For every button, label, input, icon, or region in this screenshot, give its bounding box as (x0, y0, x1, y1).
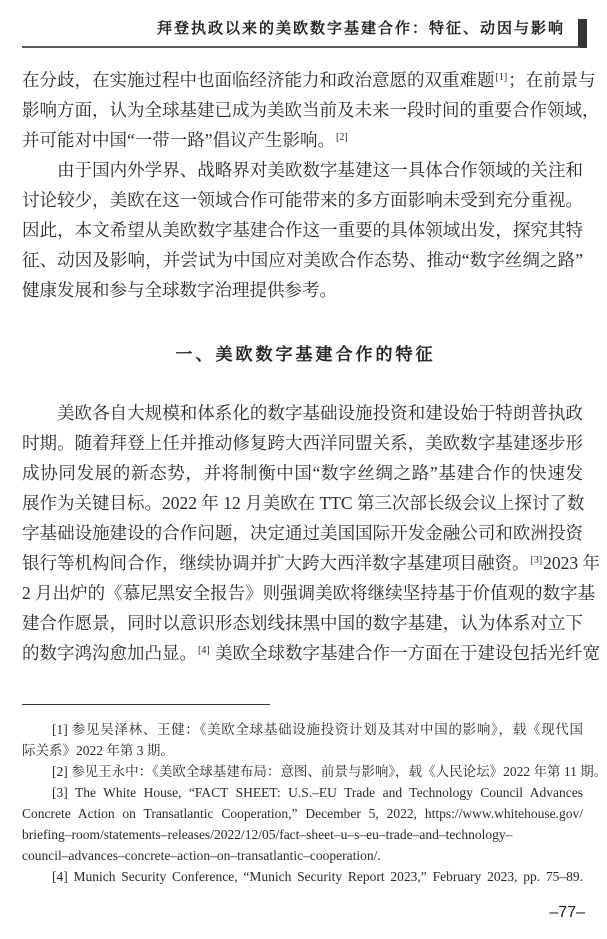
footnote-ref-4[interactable]: [4] (197, 645, 211, 656)
line-text: 2023 年 (543, 553, 600, 573)
body-line: 时期。随着拜登上任并推动修复跨大西洋同盟关系，美欧数字基建逐步形 (22, 428, 583, 458)
footnote-3: [3] The White House, “FACT SHEET: U.S.–E… (22, 782, 583, 803)
footnote-text: 参见吴泽林、王健：《美欧全球基础设施投资计划及其对中国的影响》，载《现代国 (68, 722, 583, 737)
running-header-title: 拜登执政以来的美欧数字基建合作：特征、动因与影响 (90, 15, 565, 41)
section-heading: 一、美欧数字基建合作的特征 (0, 340, 607, 370)
body-line: 建合作愿景，同时以意识形态划线抹黑中国的数字基建，认为体系对立下 (22, 608, 583, 638)
line-text: 美欧各自大规模和体系化的数字基础设施投资和建设始于特朗普执政 (57, 403, 583, 423)
line-text: ；在前景与 (508, 70, 596, 90)
body-line: 因此，本文希望从美欧数字基建合作这一重要的具体领域出发，探究其特 (22, 215, 583, 245)
line-text: 美欧全球数字基建合作一方面在于建设包括光纤宽 (211, 643, 600, 663)
line-text: 字基础设施建设的合作问题，决定通过美国国际开发金融公司和欧洲投资 (22, 523, 583, 543)
body-line: 由于国内外学界、战略界对美欧数字基建这一具体合作领域的关注和 (22, 155, 583, 185)
footnote-rule (22, 704, 270, 705)
line-text: 展作为关键目标。2022 年 12 月美欧在 TTC 第三次部长级会议上探讨了数 (22, 493, 584, 513)
footnote-ref-2[interactable]: [2] (335, 132, 349, 143)
line-text: 讨论较少，美欧在这一领域合作可能带来的多方面影响未受到充分重视。 (22, 190, 583, 210)
line-text: 并可能对中国“一带一路”倡议产生影响。 (22, 130, 335, 150)
footnote-2: [2] 参见王永中：《美欧全球基建布局：意图、前景与影响》，载《人民论坛》202… (22, 761, 583, 782)
line-text: 时期。随着拜登上任并推动修复跨大西洋同盟关系，美欧数字基建逐步形 (22, 433, 583, 453)
body-line: 成协同发展的新态势，并将制衡中国“数字丝绸之路”基建合作的快速发 (22, 458, 583, 488)
footnote-link-text[interactable]: briefing–room/statements–releases/2022/1… (22, 827, 512, 842)
footnote-3-url[interactable]: briefing–room/statements–releases/2022/1… (22, 824, 583, 845)
footnote-text: The White House, “FACT SHEET: U.S.–EU Tr… (68, 785, 583, 800)
page-number: –77– (549, 901, 585, 925)
line-text: 因此，本文希望从美欧数字基建合作这一重要的具体领域出发，探究其特 (22, 220, 583, 240)
footnote-marker: [4] (52, 869, 68, 884)
body-line: 展作为关键目标。2022 年 12 月美欧在 TTC 第三次部长级会议上探讨了数 (22, 488, 583, 518)
line-text: 的数字鸿沟愈加凸显。 (22, 643, 197, 663)
line-text: 2 月出炉的《慕尼黑安全报告》则强调美欧将继续坚持基于价值观的数字基 (22, 583, 595, 603)
footnote-text: Concrete Action on Transatlantic Coopera… (22, 806, 583, 821)
footnote-1-continued: 际关系》2022 年第 3 期。 (22, 740, 583, 761)
footnote-link-text[interactable]: council–advances–concrete–action–on–tran… (22, 848, 381, 863)
line-text: 影响方面，认为全球基建已成为美欧当前及未来一段时间的重要合作领域， (22, 100, 600, 120)
body-line: 讨论较少，美欧在这一领域合作可能带来的多方面影响未受到充分重视。 (22, 185, 583, 215)
body-line: 影响方面，认为全球基建已成为美欧当前及未来一段时间的重要合作领域， (22, 95, 583, 125)
line-text: 在分歧，在实施过程中也面临经济能力和政治意愿的双重难题 (22, 70, 495, 90)
body-line: 征、动因及影响，并尝试为中国应对美欧合作态势、推动“数字丝绸之路” (22, 245, 583, 275)
footnote-marker: [1] (52, 722, 68, 737)
body-line: 健康发展和参与全球数字治理提供参考。 (22, 275, 583, 305)
document-page: 拜登执政以来的美欧数字基建合作：特征、动因与影响 在分歧，在实施过程中也面临经济… (0, 0, 607, 939)
footnote-4: [4] Munich Security Conference, “Munich … (22, 866, 583, 887)
line-text: 健康发展和参与全球数字治理提供参考。 (22, 280, 337, 300)
line-text: 成协同发展的新态势，并将制衡中国“数字丝绸之路”基建合作的快速发 (22, 463, 583, 483)
footnote-ref-1[interactable]: [1] (495, 72, 509, 83)
header-accent-bar (578, 19, 587, 48)
line-text: 由于国内外学界、战略界对美欧数字基建这一具体合作领域的关注和 (57, 160, 583, 180)
line-text: 征、动因及影响，并尝试为中国应对美欧合作态势、推动“数字丝绸之路” (22, 250, 583, 270)
footnote-3-continued: Concrete Action on Transatlantic Coopera… (22, 803, 583, 824)
footnote-text: 际关系》2022 年第 3 期。 (22, 743, 174, 758)
footnote-ref-3[interactable]: [3] (530, 555, 544, 566)
body-line: 并可能对中国“一带一路”倡议产生影响。[2] (22, 125, 583, 155)
line-text: 建合作愿景，同时以意识形态划线抹黑中国的数字基建，认为体系对立下 (22, 613, 583, 633)
footnote-1: [1] 参见吴泽林、王健：《美欧全球基础设施投资计划及其对中国的影响》，载《现代… (22, 719, 583, 740)
body-line: 在分歧，在实施过程中也面临经济能力和政治意愿的双重难题[1]；在前景与 (22, 65, 583, 95)
header-rule (22, 46, 580, 48)
line-text: 银行等机构间合作，继续协调并扩大跨大西洋数字基建项目融资。 (22, 553, 530, 573)
body-line: 的数字鸿沟愈加凸显。[4] 美欧全球数字基建合作一方面在于建设包括光纤宽 (22, 638, 583, 668)
footnote-marker: [3] (52, 785, 68, 800)
footnote-3-url-end[interactable]: council–advances–concrete–action–on–tran… (22, 845, 583, 866)
body-line: 银行等机构间合作，继续协调并扩大跨大西洋数字基建项目融资。[3]2023 年 (22, 548, 583, 578)
footnote-marker: [2] (52, 764, 68, 779)
body-line: 字基础设施建设的合作问题，决定通过美国国际开发金融公司和欧洲投资 (22, 518, 583, 548)
body-line: 美欧各自大规模和体系化的数字基础设施投资和建设始于特朗普执政 (22, 398, 583, 428)
footnote-text: 参见王永中：《美欧全球基建布局：意图、前景与影响》，载《人民论坛》2022 年第… (68, 764, 607, 779)
footnote-text: Munich Security Conference, “Munich Secu… (68, 869, 583, 884)
body-line: 2 月出炉的《慕尼黑安全报告》则强调美欧将继续坚持基于价值观的数字基 (22, 578, 583, 608)
